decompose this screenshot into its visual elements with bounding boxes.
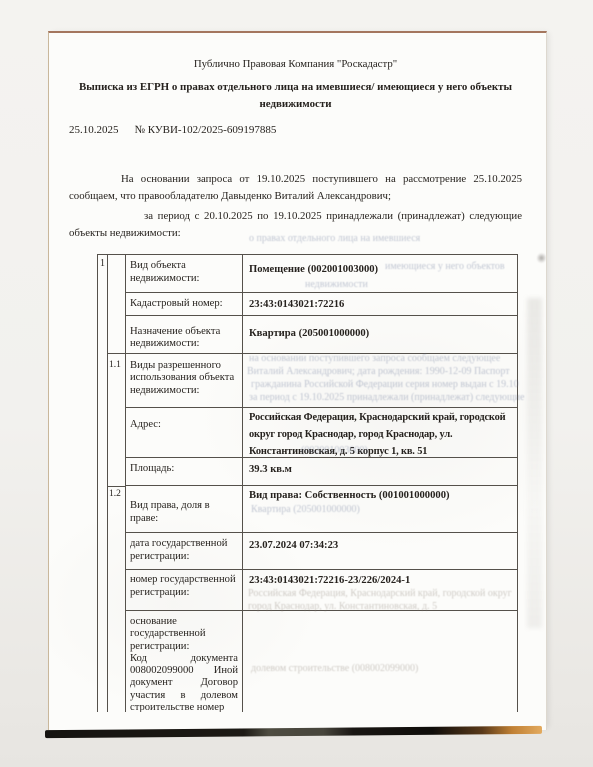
- row-purpose: Назначение объекта недвижимости: Квартир…: [126, 315, 517, 353]
- date-line: 25.10.2025№ КУВИ-102/2025-609197885: [69, 124, 276, 136]
- row-registration-date: дата государственной регистрации: 23.07.…: [126, 532, 517, 569]
- row-label: Кадастровый номер:: [126, 293, 243, 315]
- row-registration-basis: основание государственной регистрации: К…: [126, 610, 517, 712]
- period-paragraph: за период с 20.10.2025 по 19.10.2025 при…: [69, 208, 522, 243]
- row-address: Адрес: Российская Федерация, Краснодарск…: [126, 407, 517, 457]
- table-rows: Вид объекта недвижимости: Помещение (002…: [126, 255, 517, 712]
- row-label: номер государственной регистрации:: [126, 570, 243, 610]
- request-paragraph: На основании запроса от 19.10.2025 посту…: [69, 171, 522, 206]
- row-object-kind: Вид объекта недвижимости: Помещение (002…: [126, 255, 517, 292]
- row-value: Квартира (205001000000): [243, 316, 517, 353]
- section-1-1: 1.1: [108, 353, 125, 486]
- scanner-smudge: [527, 298, 542, 628]
- scanner-mark: [535, 251, 547, 265]
- row-value: 39.3 кв.м: [243, 458, 517, 485]
- row-value: Российская Федерация, Краснодарский край…: [243, 408, 517, 457]
- row-label: дата государственной регистрации:: [126, 533, 243, 569]
- row-label: Виды разрешенного использования объекта …: [126, 354, 243, 408]
- row-value: 23:43:0143021:72216-23/226/2024-1: [243, 570, 517, 610]
- row-label: основание государственной регистрации: К…: [126, 611, 243, 712]
- row-value: Вид права: Собственность (001001000000): [243, 486, 517, 532]
- object-index-cell: 1: [98, 255, 108, 712]
- row-registration-number: номер государственной регистрации: 23:43…: [126, 569, 517, 610]
- row-value: [243, 611, 517, 712]
- request-number: № КУВИ-102/2025-609197885: [135, 124, 277, 136]
- basis-label-line: основание государственной регистрации:: [130, 616, 238, 653]
- section-number-column: 1.1 1.2: [108, 255, 126, 712]
- row-right-type: Вид права, доля в праве: Вид права: Собс…: [126, 485, 517, 532]
- row-value: 23.07.2024 07:34:23: [243, 533, 517, 569]
- property-table: 1 1.1 1.2 Вид объекта недвижимости: Поме…: [97, 254, 518, 712]
- row-label: Вид права, доля в праве:: [126, 486, 243, 532]
- row-label: Адрес:: [126, 408, 243, 457]
- issue-date: 25.10.2025: [69, 124, 119, 136]
- row-label: Назначение объекта недвижимости:: [126, 316, 243, 353]
- row-value: 23:43:0143021:72216: [243, 293, 517, 315]
- section-blank: [108, 255, 125, 353]
- section-1-2: 1.2: [108, 486, 125, 712]
- object-index: 1: [100, 258, 105, 269]
- row-value: [243, 354, 517, 408]
- organization-name: Публично Правовая Компания "Роскадастр": [69, 57, 522, 71]
- row-value: Помещение (002001003000): [243, 255, 517, 292]
- row-permitted-use: Виды разрешенного использования объекта …: [126, 353, 517, 408]
- row-label: Вид объекта недвижимости:: [126, 255, 243, 292]
- basis-document-text: Код документа 008002099000 Иной документ…: [130, 653, 238, 712]
- row-label: Площадь:: [126, 458, 243, 485]
- row-cadastral-number: Кадастровый номер: 23:43:0143021:72216: [126, 292, 517, 315]
- document-title: Выписка из ЕГРН о правах отдельного лица…: [77, 79, 514, 113]
- document-page: Публично Правовая Компания "Роскадастр" …: [48, 31, 547, 730]
- row-area: Площадь: 39.3 кв.м: [126, 457, 517, 485]
